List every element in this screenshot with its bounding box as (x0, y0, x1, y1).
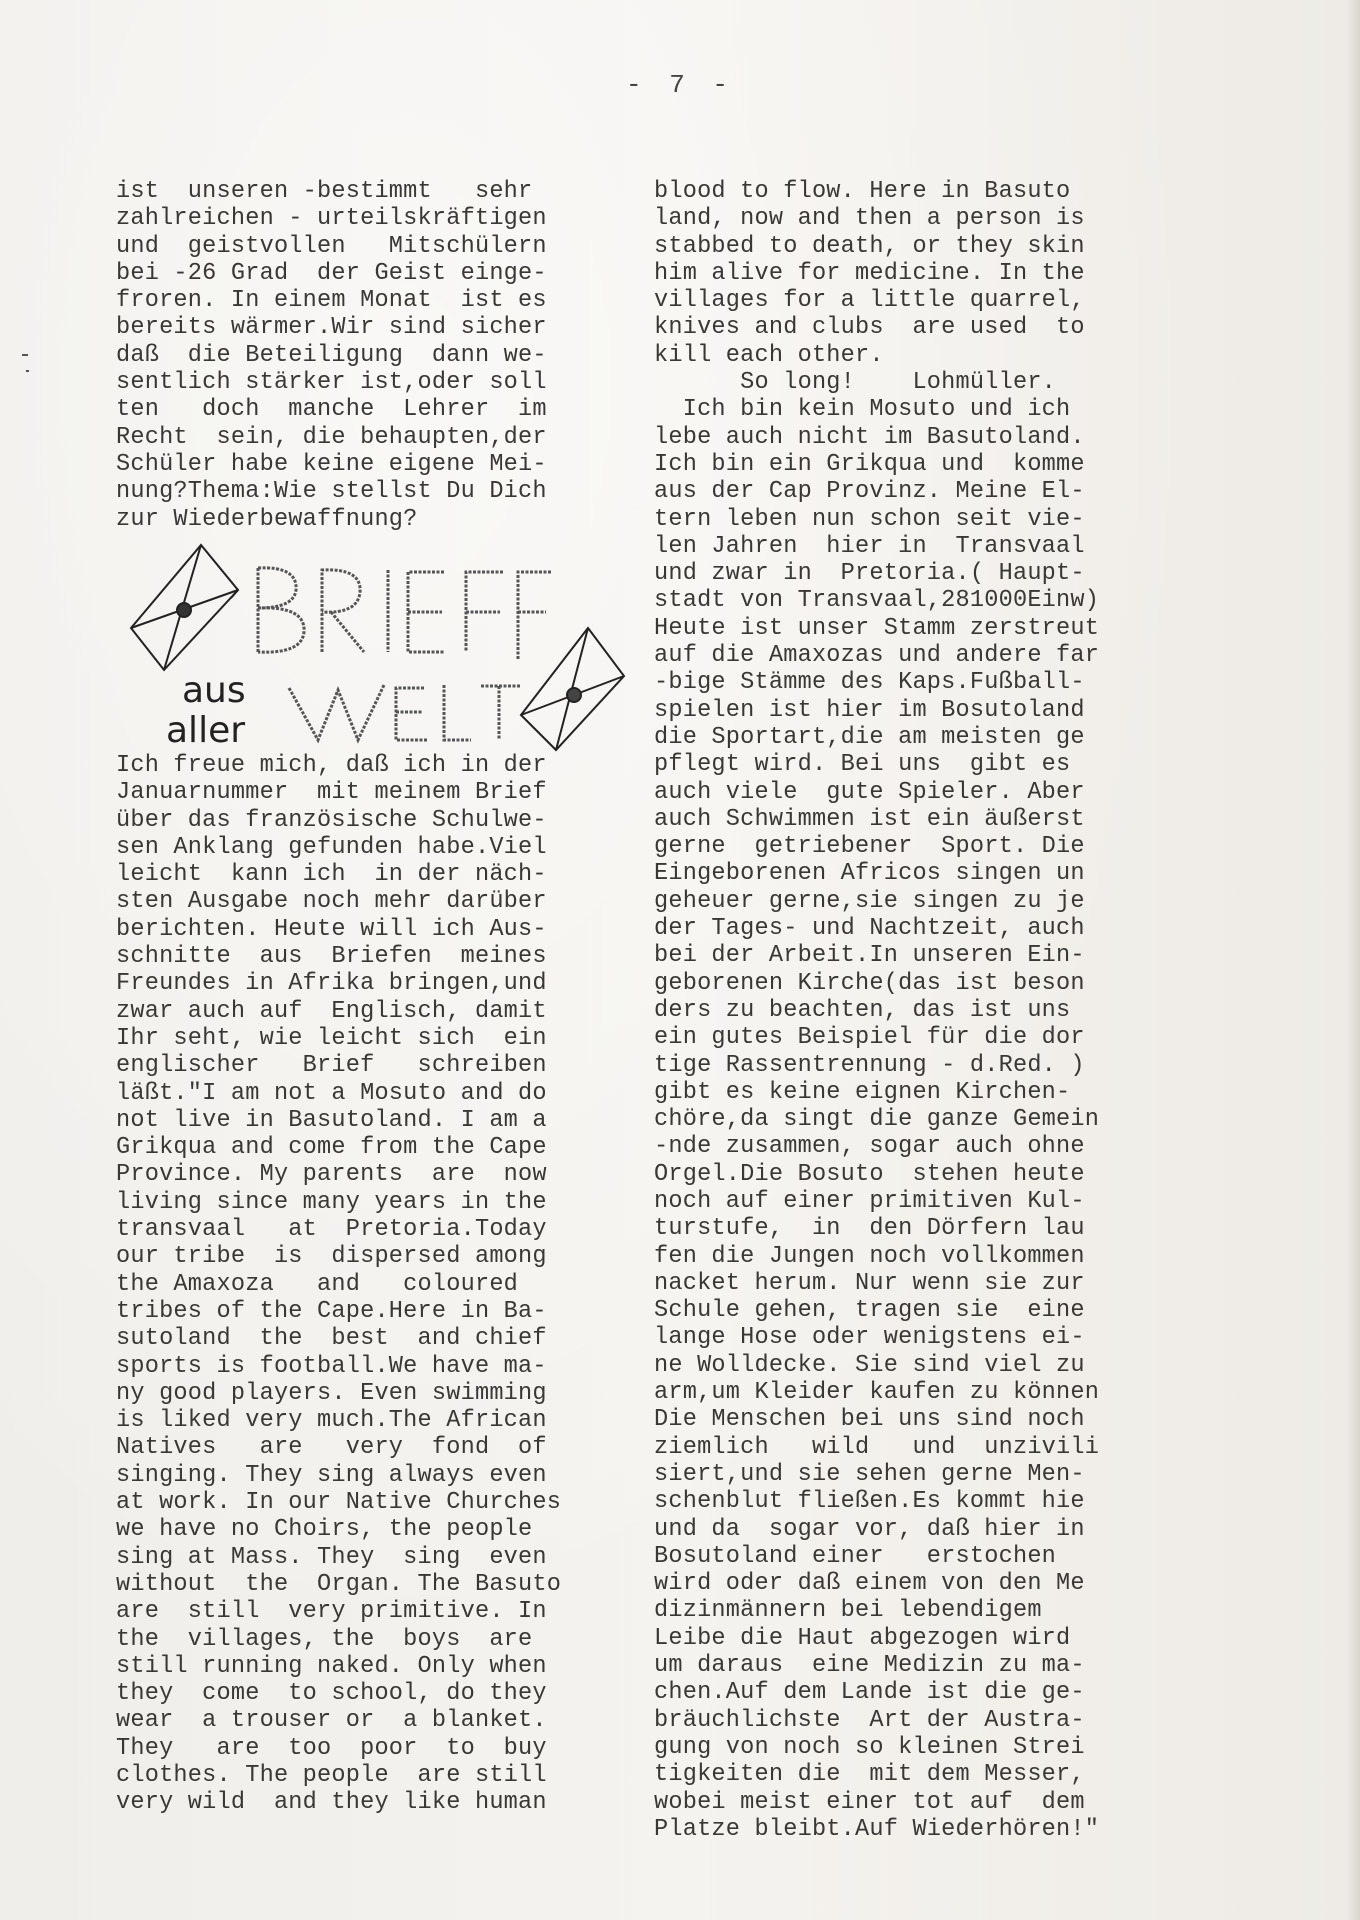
svg-text:aus: aus (182, 670, 246, 711)
bleed-through-text (150, 88, 630, 168)
text-line: zwar auch auf Englisch, damit (116, 998, 561, 1025)
text-line: ne Wolldecke. Sie sind viel zu (654, 1352, 1099, 1379)
text-line: froren. In einem Monat ist es (116, 287, 547, 314)
text-line: Januarnummer mit meinem Brief (116, 779, 561, 806)
text-line: they come to school, do they (116, 1680, 561, 1707)
left-column-intro: ist unseren -bestimmt sehrzahlreichen - … (116, 178, 547, 533)
text-line: ten doch manche Lehrer im (116, 396, 547, 423)
text-line: kill each other. (654, 342, 1099, 369)
page-number: - 7 - (0, 70, 1360, 100)
text-line: berichten. Heute will ich Aus- (116, 916, 561, 943)
text-line: Ich freue mich, daß ich in der (116, 752, 561, 779)
text-line: bräuchlichste Art der Austra- (654, 1707, 1099, 1734)
text-line: wear a trouser or a blanket. (116, 1707, 561, 1734)
text-line: at work. In our Native Churches (116, 1489, 561, 1516)
text-line: englischer Brief schreiben (116, 1052, 561, 1079)
text-line: are still very primitive. In (116, 1598, 561, 1625)
text-line: geborenen Kirche(das ist beson (654, 970, 1099, 997)
text-line: villages for a little quarrel, (654, 287, 1099, 314)
text-line: auch viele gute Spieler. Aber (654, 779, 1099, 806)
text-line: sing at Mass. They sing even (116, 1544, 561, 1571)
text-line: ders zu beachten, das ist uns (654, 997, 1099, 1024)
text-line: Ich bin ein Grikqua und komme (654, 451, 1099, 478)
text-line: Heute ist unser Stamm zerstreut (654, 615, 1099, 642)
text-line: not live in Basutoland. I am a (116, 1107, 561, 1134)
text-line: sutoland the best and chief (116, 1325, 561, 1352)
text-line: Ich bin kein Mosuto und ich (654, 396, 1099, 423)
briefe-aus-aller-welt-header: aus aller (126, 540, 626, 755)
text-line: über das französische Schulwe- (116, 807, 561, 834)
text-line: him alive for medicine. In the (654, 260, 1099, 287)
text-line: Freundes in Afrika bringen,und (116, 970, 561, 997)
text-line: Eingeborenen Africos singen un (654, 860, 1099, 887)
text-line: zur Wiederbewaffnung? (116, 506, 547, 533)
text-line: ist unseren -bestimmt sehr (116, 178, 547, 205)
text-line: nacket herum. Nur wenn sie zur (654, 1270, 1099, 1297)
text-line: noch auf einer primitiven Kul- (654, 1188, 1099, 1215)
text-line: auf die Amaxozas und andere far (654, 642, 1099, 669)
text-line: wobei meist einer tot auf dem (654, 1789, 1099, 1816)
text-line: len Jahren hier in Transvaal (654, 533, 1099, 560)
text-line: Ihr seht, wie leicht sich ein (116, 1025, 561, 1052)
text-line: der Tages- und Nachtzeit, auch (654, 915, 1099, 942)
text-line: Die Menschen bei uns sind noch (654, 1406, 1099, 1433)
text-line: und da sogar vor, daß hier in (654, 1516, 1099, 1543)
text-line: und geistvollen Mitschülern (116, 233, 547, 260)
text-line: bereits wärmer.Wir sind sicher (116, 314, 547, 341)
text-line: without the Organ. The Basuto (116, 1571, 561, 1598)
text-line: und zwar in Pretoria.( Haupt- (654, 560, 1099, 587)
text-line: Grikqua and come from the Cape (116, 1134, 561, 1161)
text-line: daß die Beteiligung dann we- (116, 342, 547, 369)
text-line: aus der Cap Provinz. Meine El- (654, 478, 1099, 505)
text-line: um daraus eine Medizin zu ma- (654, 1652, 1099, 1679)
text-line: land, now and then a person is (654, 205, 1099, 232)
text-line: Schule gehen, tragen sie eine (654, 1297, 1099, 1324)
right-column-letter: blood to flow. Here in Basutoland, now a… (654, 178, 1099, 1843)
text-line: Leibe die Haut abgezogen wird (654, 1625, 1099, 1652)
text-line: auch Schwimmen ist ein äußerst (654, 806, 1099, 833)
text-line: chöre,da singt die ganze Gemein (654, 1106, 1099, 1133)
text-line: bei der Arbeit.In unseren Ein- (654, 942, 1099, 969)
text-line: sentlich stärker ist,oder soll (116, 369, 547, 396)
text-line: bei -26 Grad der Geist einge- (116, 260, 547, 287)
text-line: very wild and they like human (116, 1789, 561, 1816)
envelope-icon (521, 628, 624, 750)
text-line: Bosutoland einer erstochen (654, 1543, 1099, 1570)
text-line: Schüler habe keine eigene Mei- (116, 451, 547, 478)
text-line: Platze bleibt.Auf Wiederhören!" (654, 1816, 1099, 1843)
text-line: ny good players. Even swimming (116, 1380, 561, 1407)
left-column-letter: Ich freue mich, daß ich in derJanuarnumm… (116, 752, 561, 1817)
text-line: our tribe is dispersed among (116, 1243, 561, 1270)
text-line: is liked very much.The African (116, 1407, 561, 1434)
text-line: gerne getriebener Sport. Die (654, 833, 1099, 860)
text-line: wird oder daß einem von den Me (654, 1570, 1099, 1597)
text-line: living since many years in the (116, 1189, 561, 1216)
text-line: gung von noch so kleinen Strei (654, 1734, 1099, 1761)
text-line: -nde zusammen, sogar auch ohne (654, 1133, 1099, 1160)
text-line: Province. My parents are now (116, 1161, 561, 1188)
text-line: dizinmännern bei lebendigem (654, 1597, 1099, 1624)
text-line: arm,um Kleider kaufen zu können (654, 1379, 1099, 1406)
text-line: schnitte aus Briefen meines (116, 943, 561, 970)
text-line: nung?Thema:Wie stellst Du Dich (116, 478, 547, 505)
document-page: - 7 - ist unseren -bestimmt sehrzahlreic… (0, 0, 1360, 1920)
punch-mark (22, 354, 28, 356)
text-line: chen.Auf dem Lande ist die ge- (654, 1679, 1099, 1706)
text-line: siert,und sie sehen gerne Men- (654, 1461, 1099, 1488)
text-line: tribes of the Cape.Here in Ba- (116, 1298, 561, 1325)
text-line: geheuer gerne,sie singen zu je (654, 888, 1099, 915)
text-line: Orgel.Die Bosuto stehen heute (654, 1161, 1099, 1188)
text-line: sports is football.We have ma- (116, 1353, 561, 1380)
text-line: clothes. The people are still (116, 1762, 561, 1789)
text-line: spielen ist hier im Bosutoland (654, 697, 1099, 724)
text-line: gibt es keine eignen Kirchen- (654, 1079, 1099, 1106)
text-line: die Sportart,die am meisten ge (654, 724, 1099, 751)
text-line: the villages, the boys are (116, 1626, 561, 1653)
text-line: knives and clubs are used to (654, 314, 1099, 341)
text-line: ziemlich wild und unzivili (654, 1434, 1099, 1461)
text-line: fen die Jungen noch vollkommen (654, 1243, 1099, 1270)
text-line: singing. They sing always even (116, 1462, 561, 1489)
text-line: still running naked. Only when (116, 1653, 561, 1680)
text-line: They are too poor to buy (116, 1735, 561, 1762)
text-line: lange Hose oder wenigstens ei- (654, 1324, 1099, 1351)
text-line: tige Rassentrennung - d.Red. ) (654, 1052, 1099, 1079)
text-line: zahlreichen - urteilskräftigen (116, 205, 547, 232)
text-line: the Amaxoza and coloured (116, 1271, 561, 1298)
text-line: stabbed to death, or they skin (654, 233, 1099, 260)
text-line: lebe auch nicht im Basutoland. (654, 424, 1099, 451)
svg-text:aller: aller (166, 710, 245, 751)
text-line: So long! Lohmüller. (654, 369, 1099, 396)
text-line: stadt von Transvaal,281000Einw) (654, 587, 1099, 614)
text-line: pflegt wird. Bei uns gibt es (654, 751, 1099, 778)
text-line: tern leben nun schon seit vie- (654, 506, 1099, 533)
punch-mark (26, 370, 29, 372)
text-line: Natives are very fond of (116, 1434, 561, 1461)
envelope-icon (131, 545, 238, 670)
text-line: -bige Stämme des Kaps.Fußball- (654, 669, 1099, 696)
text-line: läßt."I am not a Mosuto and do (116, 1080, 561, 1107)
text-line: Recht sein, die behaupten,der (116, 424, 547, 451)
text-line: sen Anklang gefunden habe.Viel (116, 834, 561, 861)
paper-edge-shadow (1346, 0, 1360, 1920)
text-line: transvaal at Pretoria.Today (116, 1216, 561, 1243)
text-line: tigkeiten die mit dem Messer, (654, 1761, 1099, 1788)
text-line: schenblut fließen.Es kommt hie (654, 1488, 1099, 1515)
text-line: ein gutes Beispiel für die dor (654, 1024, 1099, 1051)
text-line: we have no Choirs, the people (116, 1516, 561, 1543)
text-line: turstufe, in den Dörfern lau (654, 1215, 1099, 1242)
text-line: leicht kann ich in der näch- (116, 861, 561, 888)
text-line: sten Ausgabe noch mehr darüber (116, 888, 561, 915)
text-line: blood to flow. Here in Basuto (654, 178, 1099, 205)
